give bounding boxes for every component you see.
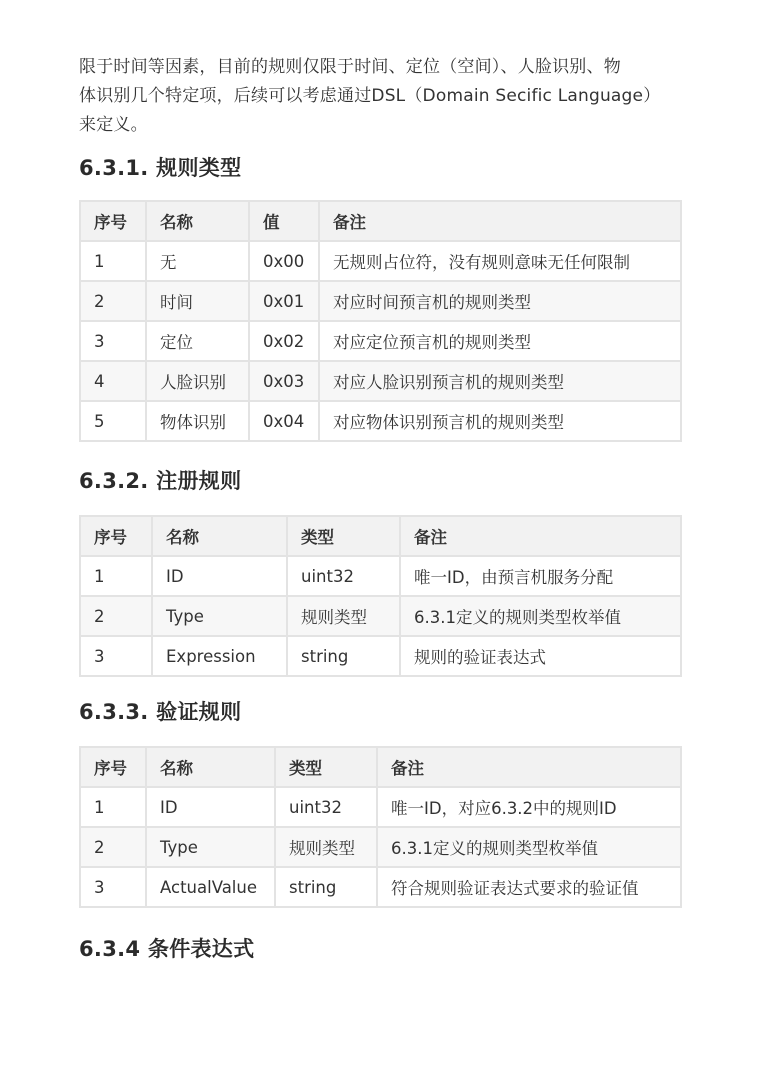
- cell-index: 2: [80, 596, 152, 636]
- table-row: 3 定位 0x02 对应定位预言机的规则类型: [80, 321, 681, 361]
- document-page: 限于时间等因素，目前的规则仅限于时间、定位（空间）、人脸识别、物 体识别几个特定…: [0, 0, 760, 963]
- table-row: 1 ID uint32 唯一ID，对应6.3.2中的规则ID: [80, 787, 681, 827]
- table-row: 2 时间 0x01 对应时间预言机的规则类型: [80, 281, 681, 321]
- intro-line: 来定义。: [79, 115, 148, 135]
- cell-index: 1: [80, 556, 152, 596]
- cell-index: 1: [80, 787, 146, 827]
- column-header: 类型: [275, 747, 377, 787]
- table-row: 3 Expression string 规则的验证表达式: [80, 636, 681, 676]
- cell-name: 时间: [146, 281, 249, 321]
- column-header: 名称: [152, 516, 287, 556]
- cell-name: Type: [146, 827, 275, 867]
- table-row: 4 人脸识别 0x03 对应人脸识别预言机的规则类型: [80, 361, 681, 401]
- register-rule-table: 序号 名称 类型 备注 1 ID uint32 唯一ID，由预言机服务分配 2 …: [79, 515, 682, 677]
- cell-name: 无: [146, 241, 249, 281]
- table-header-row: 序号 名称 值 备注: [80, 201, 681, 241]
- cell-note: 规则的验证表达式: [400, 636, 681, 676]
- intro-paragraph: 限于时间等因素，目前的规则仅限于时间、定位（空间）、人脸识别、物 体识别几个特定…: [79, 0, 681, 140]
- intro-line: 体识别几个特定项，后续可以考虑通过DSL（Domain Secific Lang…: [79, 86, 660, 106]
- cell-value: 0x02: [249, 321, 319, 361]
- column-header: 备注: [319, 201, 681, 241]
- column-header: 名称: [146, 747, 275, 787]
- verify-rule-table: 序号 名称 类型 备注 1 ID uint32 唯一ID，对应6.3.2中的规则…: [79, 746, 682, 908]
- cell-name: ActualValue: [146, 867, 275, 907]
- cell-note: 对应人脸识别预言机的规则类型: [319, 361, 681, 401]
- table-row: 1 无 0x00 无规则占位符，没有规则意味无任何限制: [80, 241, 681, 281]
- cell-note: 符合规则验证表达式要求的验证值: [377, 867, 681, 907]
- cell-index: 2: [80, 827, 146, 867]
- cell-type: string: [275, 867, 377, 907]
- table-header-row: 序号 名称 类型 备注: [80, 747, 681, 787]
- cell-name: Expression: [152, 636, 287, 676]
- column-header: 序号: [80, 747, 146, 787]
- column-header: 备注: [400, 516, 681, 556]
- cell-value: 0x04: [249, 401, 319, 441]
- column-header: 类型: [287, 516, 400, 556]
- cell-type: uint32: [287, 556, 400, 596]
- rule-types-table: 序号 名称 值 备注 1 无 0x00 无规则占位符，没有规则意味无任何限制 2…: [79, 200, 682, 442]
- cell-index: 2: [80, 281, 146, 321]
- section-heading-condition-expression: 6.3.4 条件表达式: [79, 935, 681, 963]
- table-row: 2 Type 规则类型 6.3.1定义的规则类型枚举值: [80, 596, 681, 636]
- cell-index: 5: [80, 401, 146, 441]
- cell-note: 6.3.1定义的规则类型枚举值: [377, 827, 681, 867]
- column-header: 序号: [80, 201, 146, 241]
- table-header-row: 序号 名称 类型 备注: [80, 516, 681, 556]
- column-header: 备注: [377, 747, 681, 787]
- table-row: 2 Type 规则类型 6.3.1定义的规则类型枚举值: [80, 827, 681, 867]
- column-header: 值: [249, 201, 319, 241]
- cell-name: ID: [152, 556, 287, 596]
- cell-name: 物体识别: [146, 401, 249, 441]
- cell-type: 规则类型: [287, 596, 400, 636]
- cell-index: 4: [80, 361, 146, 401]
- cell-index: 3: [80, 321, 146, 361]
- cell-value: 0x01: [249, 281, 319, 321]
- cell-note: 对应时间预言机的规则类型: [319, 281, 681, 321]
- cell-type: uint32: [275, 787, 377, 827]
- cell-note: 唯一ID，由预言机服务分配: [400, 556, 681, 596]
- table-row: 3 ActualValue string 符合规则验证表达式要求的验证值: [80, 867, 681, 907]
- cell-name: ID: [146, 787, 275, 827]
- cell-name: 人脸识别: [146, 361, 249, 401]
- cell-type: string: [287, 636, 400, 676]
- cell-note: 6.3.1定义的规则类型枚举值: [400, 596, 681, 636]
- cell-note: 唯一ID，对应6.3.2中的规则ID: [377, 787, 681, 827]
- cell-value: 0x00: [249, 241, 319, 281]
- cell-name: 定位: [146, 321, 249, 361]
- section-heading-rule-types: 6.3.1. 规则类型: [79, 154, 681, 182]
- section-heading-verify-rule: 6.3.3. 验证规则: [79, 698, 681, 726]
- cell-note: 无规则占位符，没有规则意味无任何限制: [319, 241, 681, 281]
- cell-value: 0x03: [249, 361, 319, 401]
- cell-name: Type: [152, 596, 287, 636]
- section-heading-register-rule: 6.3.2. 注册规则: [79, 467, 681, 495]
- column-header: 名称: [146, 201, 249, 241]
- table-row: 1 ID uint32 唯一ID，由预言机服务分配: [80, 556, 681, 596]
- cell-type: 规则类型: [275, 827, 377, 867]
- cell-index: 3: [80, 867, 146, 907]
- intro-line: 限于时间等因素，目前的规则仅限于时间、定位（空间）、人脸识别、物: [79, 57, 621, 77]
- cell-index: 3: [80, 636, 152, 676]
- cell-index: 1: [80, 241, 146, 281]
- column-header: 序号: [80, 516, 152, 556]
- cell-note: 对应物体识别预言机的规则类型: [319, 401, 681, 441]
- table-row: 5 物体识别 0x04 对应物体识别预言机的规则类型: [80, 401, 681, 441]
- cell-note: 对应定位预言机的规则类型: [319, 321, 681, 361]
